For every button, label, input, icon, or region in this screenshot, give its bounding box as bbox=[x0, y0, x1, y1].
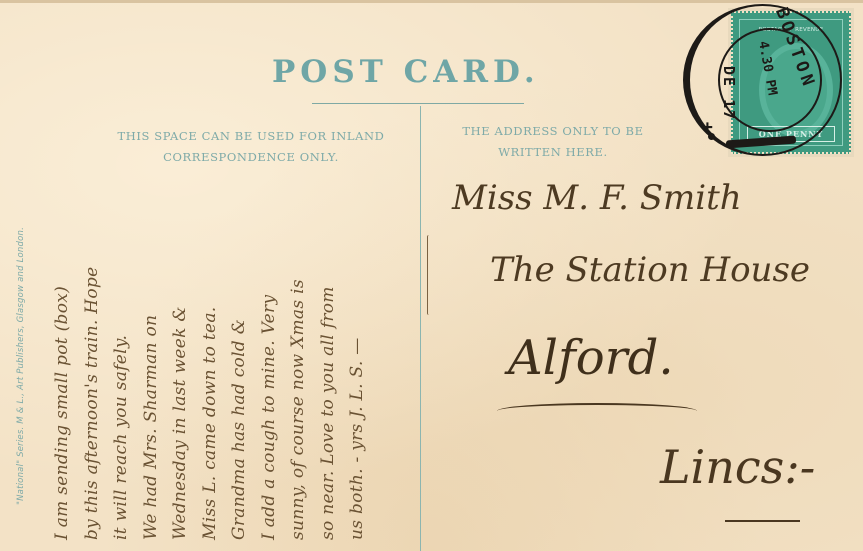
heading-rule bbox=[312, 103, 524, 104]
message-line: by this afternoon's train. Hope bbox=[78, 130, 108, 540]
town-underline bbox=[497, 403, 697, 419]
message-line: us both. - yrs J. L. S. — bbox=[343, 130, 373, 540]
handwritten-message: I am sending small pot (box) by this aft… bbox=[48, 130, 373, 540]
postmark-dot bbox=[708, 133, 715, 140]
center-divider bbox=[420, 106, 421, 551]
message-line: I add a cough to mine. Very bbox=[255, 130, 285, 540]
message-line: We had Mrs. Sharman on bbox=[137, 130, 167, 540]
address-notice: THE ADDRESS ONLY TO BE WRITTEN HERE. bbox=[428, 121, 678, 163]
message-line: I am sending small pot (box) bbox=[48, 130, 78, 540]
county-underline bbox=[725, 520, 800, 522]
post-card-heading: POST CARD. bbox=[272, 54, 540, 90]
message-line: sunny, of course now Xmas is bbox=[284, 130, 314, 540]
message-line: Grandma has had cold & bbox=[225, 130, 255, 540]
address-county: Lincs:- bbox=[660, 440, 815, 494]
address-notice-line-1: THE ADDRESS ONLY TO BE bbox=[428, 121, 678, 142]
message-line: it will reach you safely. bbox=[107, 130, 137, 540]
address-recipient: Miss M. F. Smith bbox=[452, 178, 742, 218]
postcard-back: POST CARD. THIS SPACE CAN BE USED FOR IN… bbox=[0, 0, 863, 551]
address-town: Alford. bbox=[508, 330, 674, 386]
message-line: so near. Love to you all from bbox=[314, 130, 344, 540]
message-line: Wednesday in last week & bbox=[166, 130, 196, 540]
address-street: The Station House bbox=[490, 250, 810, 290]
signature-flourish bbox=[427, 235, 431, 315]
card-edge bbox=[0, 0, 863, 3]
message-line: Miss L. came down to tea. bbox=[196, 130, 226, 540]
postmark-date: DE 17 bbox=[720, 66, 738, 121]
publisher-credit: "National" Series. M & L., Art Publisher… bbox=[16, 227, 26, 505]
address-notice-line-2: WRITTEN HERE. bbox=[428, 142, 678, 163]
